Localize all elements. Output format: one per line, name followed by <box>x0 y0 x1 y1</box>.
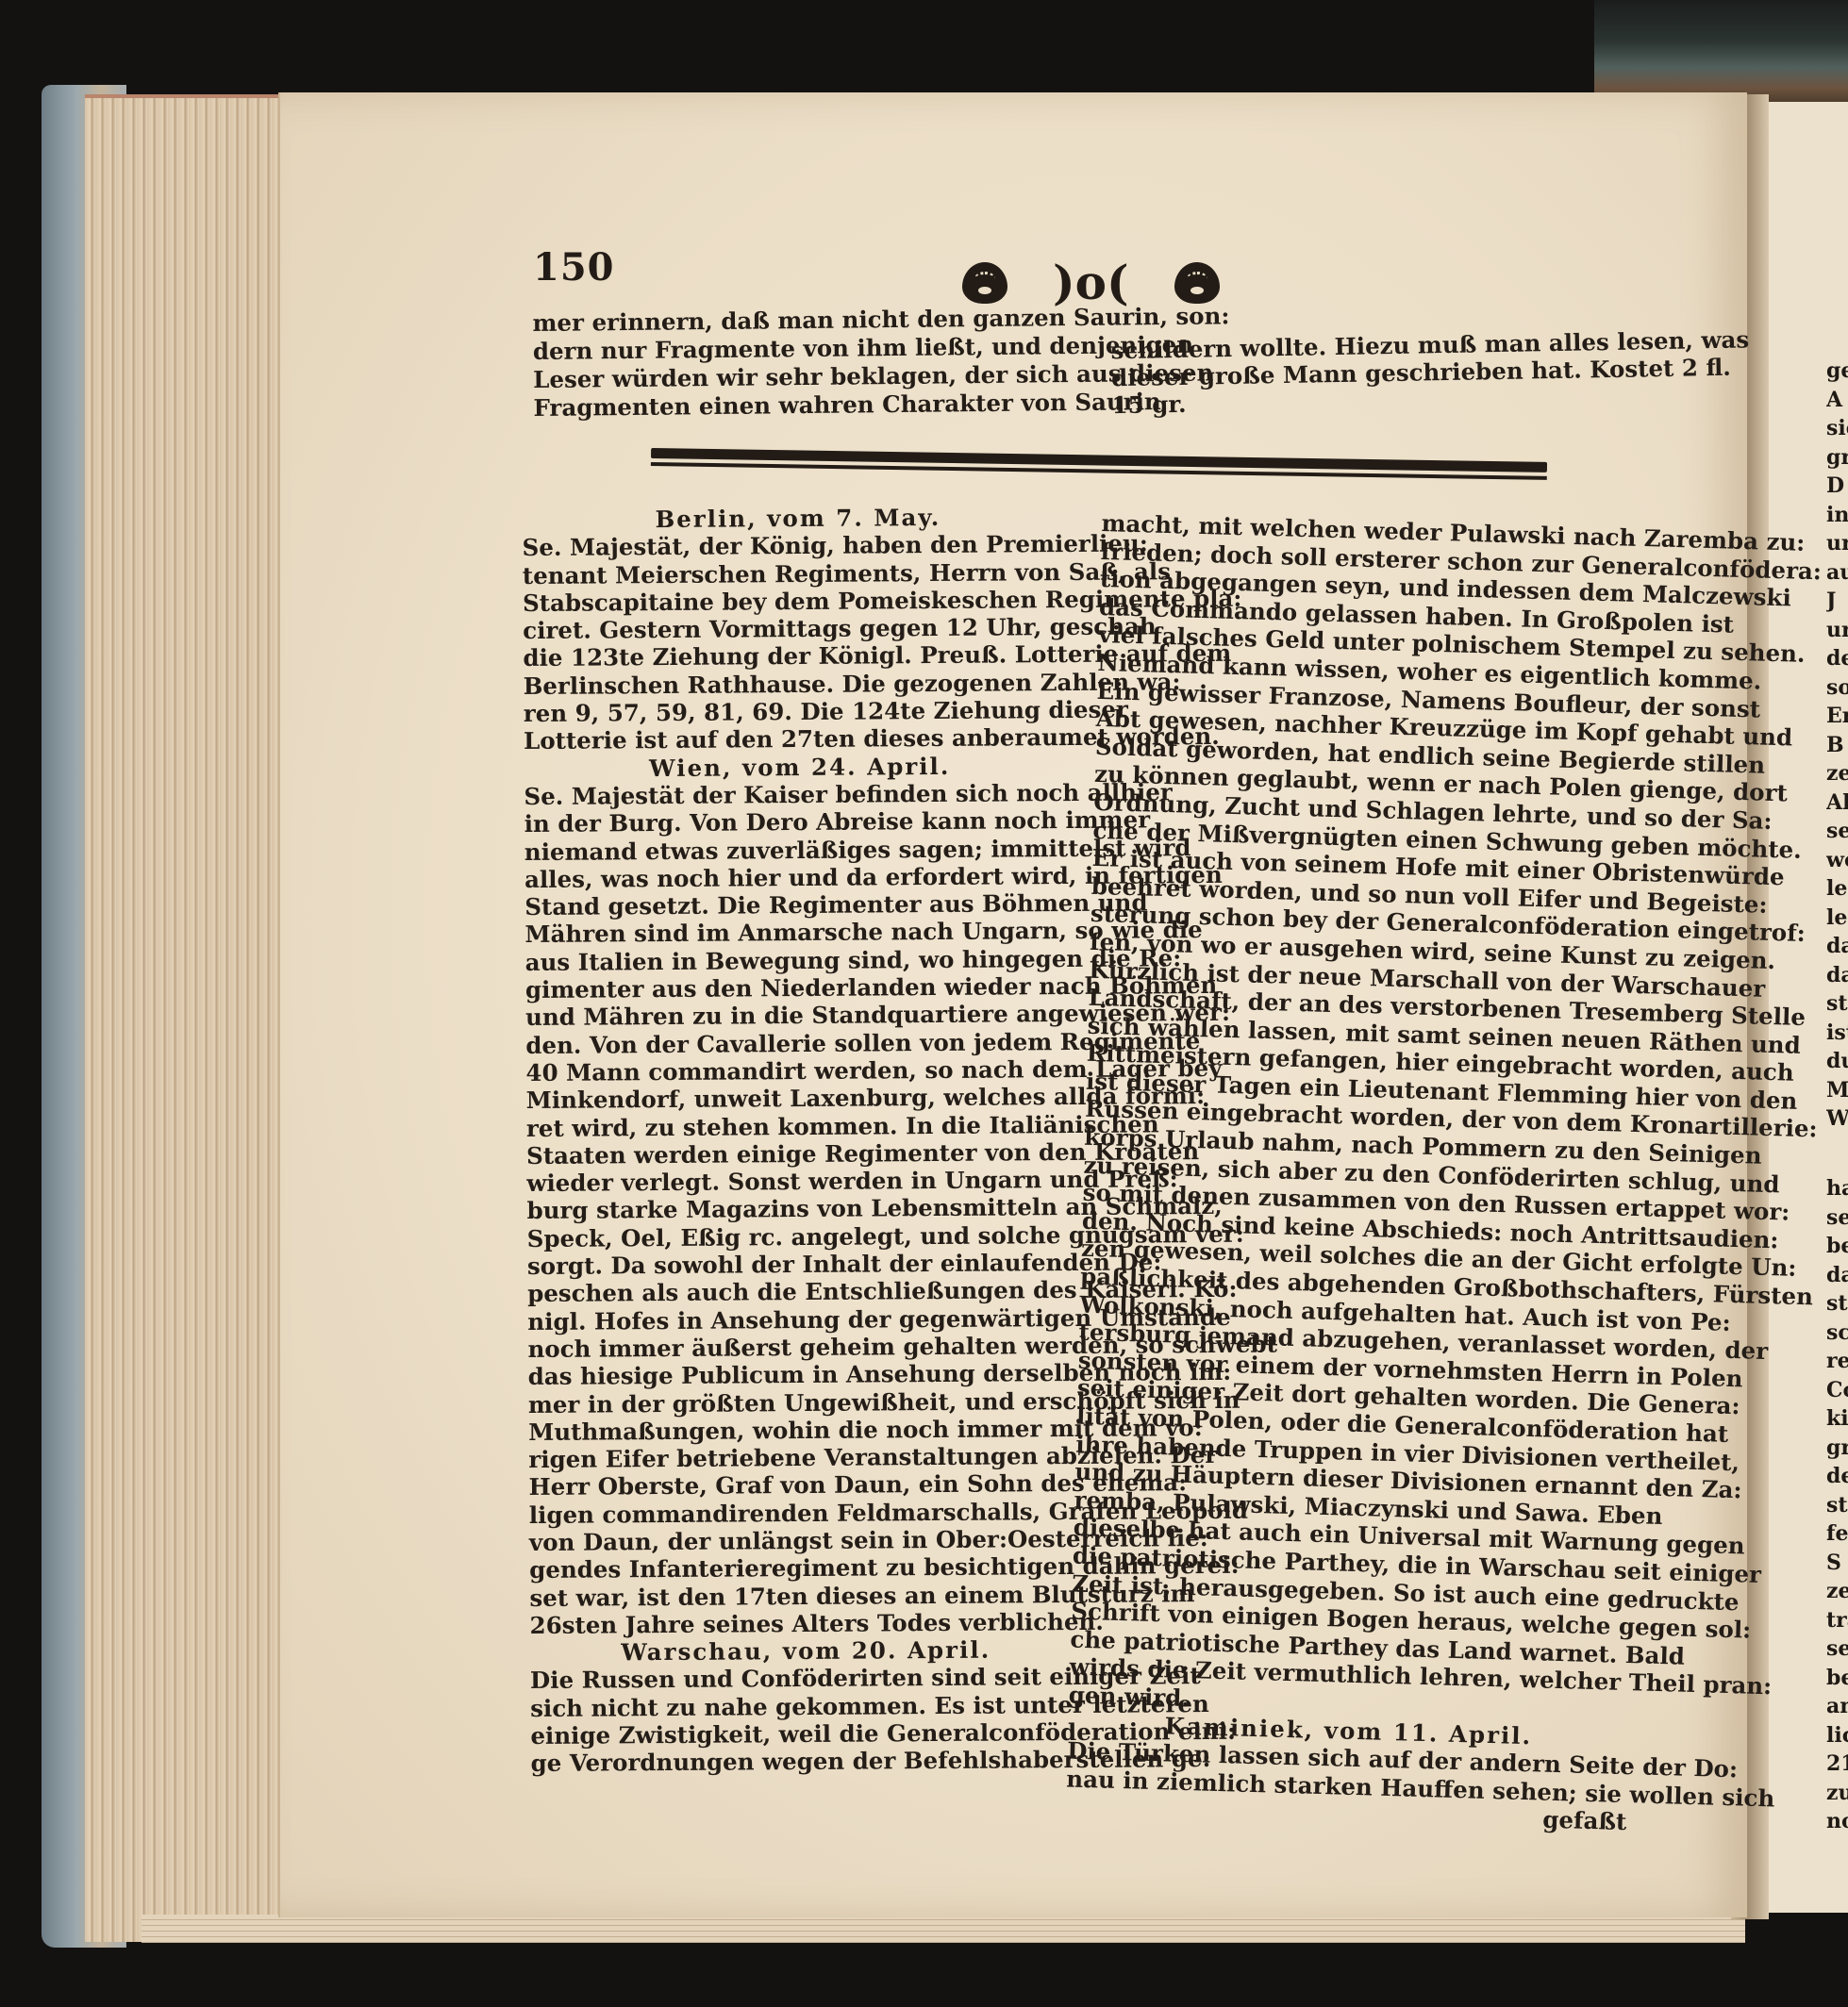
text-line: gimenter aus den Niederlanden wieder nac… <box>525 972 1077 1003</box>
dateline-heading: Wien, vom 24. April. <box>524 752 1075 783</box>
text-line: Lotterie ist auf den 27ten dieses anbera… <box>524 723 1075 755</box>
text-line: Se. Majestät, der König, haben den Premi… <box>523 530 1074 561</box>
text-line: Berlinschen Rathhause. Die gezogenen Zah… <box>524 669 1075 700</box>
left-column: Berlin, vom 7. May.Se. Majestät, der Kön… <box>522 503 1082 1778</box>
text-line: aus Italien in Bewegung sind, wo hingege… <box>525 945 1077 976</box>
text-line: gendes Infanterieregiment zu besichtigen… <box>529 1552 1081 1584</box>
text-line: ret wird, zu stehen kommen. In die Itali… <box>526 1110 1078 1141</box>
text-line: ge Verordnungen wegen der Befehlshaberst… <box>531 1746 1083 1777</box>
text-line: Speck, Oel, Eßig rc. angelegt, und solch… <box>527 1221 1079 1252</box>
page-edges-left <box>85 94 292 1942</box>
book-cover-top-right <box>1594 0 1848 104</box>
text-line: ren 9, 57, 59, 81, 69. Die 124te Ziehung… <box>524 696 1075 727</box>
text-line: Stabscapitaine bey dem Pomeiskeschen Reg… <box>523 586 1074 617</box>
text-line: Herr Oberste, Graf von Daun, ein Sohn de… <box>528 1469 1080 1501</box>
text-line: den. Von der Cavallerie sollen von jedem… <box>525 1028 1077 1059</box>
next-page-text-bottom: ha sei bey daß sta sch rei Co ki, grö de… <box>1826 1174 1848 1836</box>
text-line: mer in der größten Ungewißheit, und ersc… <box>528 1386 1080 1418</box>
text-line: 26sten Jahre seines Alters Todes verblic… <box>529 1608 1081 1639</box>
text-line: Staaten werden einige Regimenter von den… <box>526 1138 1078 1169</box>
text-line: Stand gesetzt. Die Regimenter aus Böhmen… <box>524 889 1076 921</box>
next-page-text-top: ge A sie gr D in ur au J ur de so Er B z… <box>1826 357 1848 1134</box>
text-line: sorgt. Da sowohl der Inhalt der einlaufe… <box>527 1249 1079 1280</box>
text-line: set war, ist den 17ten dieses an einem B… <box>529 1581 1081 1612</box>
text-line: und Mähren zu in die Standquartiere ange… <box>525 1000 1077 1031</box>
shell-ornament-icon <box>1174 262 1220 304</box>
center-ornament-glyph: )o( <box>1053 259 1129 307</box>
text-line: in der Burg. Von Dero Abreise kann noch … <box>524 806 1076 838</box>
text-line: Die Russen und Conföderirten sind seit e… <box>530 1663 1082 1694</box>
text-line: peschen als auch die Entschließungen des… <box>527 1276 1079 1307</box>
text-line: ligen commandirenden Feldmarschalls, Gra… <box>529 1498 1081 1529</box>
text-line: sich nicht zu nahe gekommen. Es ist unte… <box>530 1691 1082 1722</box>
page-number: 150 <box>533 245 615 290</box>
text-line: nigl. Hofes in Ansehung der gegenwärtige… <box>527 1304 1079 1335</box>
text-line: burg starke Magazins von Lebensmitteln a… <box>526 1193 1078 1224</box>
text-line: wieder verlegt. Sonst werden in Ungarn u… <box>526 1166 1078 1197</box>
text-line: noch immer äußerst geheim gehalten werde… <box>527 1332 1079 1363</box>
text-line: von Daun, der unlängst sein in Ober:Oest… <box>529 1525 1081 1556</box>
shell-ornament-icon <box>962 262 1007 304</box>
text-line: Se. Majestät der Kaiser befinden sich no… <box>524 779 1075 810</box>
text-line: ciret. Gestern Vormittags gegen 12 Uhr, … <box>523 613 1074 644</box>
text-line: alles, was noch hier und da erfordert wi… <box>524 862 1076 893</box>
right-column: macht, mit welchen weder Pulawski nach Z… <box>1065 509 1663 1836</box>
top-left-column: mer erinnern, daß man nicht den ganzen S… <box>532 304 1080 423</box>
top-right-column: schildern wollte. Hiezu muß man alles le… <box>1110 327 1673 419</box>
text-line: die 123te Ziehung der Königl. Preuß. Lot… <box>523 640 1074 672</box>
text-line: niemand etwas zuverläßiges sagen; immitt… <box>524 835 1076 866</box>
page-edges-bottom <box>142 1915 1745 1943</box>
text-line: Muthmaßungen, wohin die noch immer mit d… <box>528 1415 1080 1446</box>
text-line: Mähren sind im Anmarsche nach Ungarn, so… <box>524 917 1076 948</box>
dateline-heading: Berlin, vom 7. May. <box>522 503 1074 534</box>
text-line: tenant Meierschen Regiments, Herrn von S… <box>523 558 1074 589</box>
text-line: Minkendorf, unweit Laxenburg, welches al… <box>526 1083 1078 1114</box>
dateline-heading: Warschau, vom 20. April. <box>530 1635 1082 1667</box>
text-line: einige Zwistigkeit, weil die Generalconf… <box>530 1718 1082 1750</box>
text-line: rigen Eifer betriebene Veranstaltungen a… <box>528 1442 1080 1473</box>
text-line: Fragmenten einen wahren Charakter von Sa… <box>533 389 1080 423</box>
text-line: das hiesige Publicum in Ansehung derselb… <box>528 1359 1080 1390</box>
text-line: 40 Mann commandirt werden, so nach dem L… <box>525 1055 1077 1086</box>
